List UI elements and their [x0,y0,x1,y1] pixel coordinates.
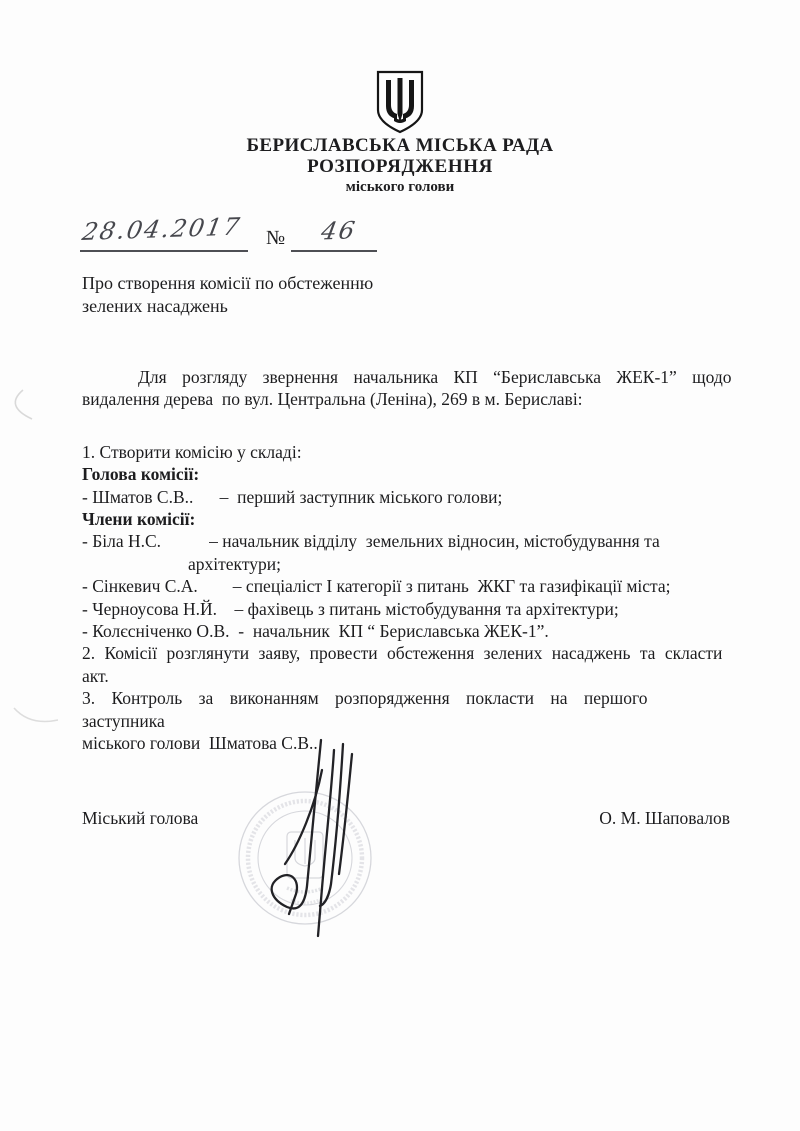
document-type-title: РОЗПОРЯДЖЕННЯ [0,156,800,178]
list-item: - Колєсніченко О.В. - начальник КП “ Бер… [82,620,738,642]
document-body: Для розгляду звернення начальника КП “Бе… [82,366,738,755]
document-header: БЕРИСЛАВСЬКА МІСЬКА РАДА РОЗПОРЯДЖЕННЯ м… [0,70,800,196]
list-item: - Сінкевич С.А. – спеціаліст І категорії… [82,575,738,597]
commission-list: 1. Створити комісію у складі: Голова ком… [82,441,738,755]
date-underline: 28.04.2017 [80,218,248,252]
list-item-continuation: архітектури; [188,553,738,575]
list-item-head: Члени комісії: [82,508,738,530]
number-underline: 46 [291,218,377,252]
subject-line-1: Про створення комісії по обстеженню [82,272,373,295]
signoff-row: Міський голова О. М. Шаповалов [82,808,730,829]
subject-line-2: зелених насаджень [82,295,373,318]
document-page: БЕРИСЛАВСЬКА МІСЬКА РАДА РОЗПОРЯДЖЕННЯ м… [0,0,800,1131]
number-sign: № [266,227,285,252]
document-issuer: міського голови [0,178,800,196]
list-item: - Біла Н.С. – начальник відділу земельни… [82,530,738,552]
list-item: 3. Контроль за виконанням розпорядження … [82,687,738,732]
date-number-line: 28.04.2017№46 [80,218,377,254]
ukraine-trident-coat-of-arms-icon [375,70,425,134]
list-item: - Шматов С.В.. – перший заступник місько… [82,486,738,508]
list-item: - Черноусова Н.Й. – фахівець з питань мі… [82,598,738,620]
signer-position: Міський голова [82,808,198,829]
intro-line-1: Для розгляду звернення начальника КП “Бе… [82,366,738,388]
handwritten-number: 46 [305,216,359,246]
handwritten-date: 28.04.2017 [80,213,243,246]
list-item: 1. Створити комісію у складі: [82,441,738,463]
list-item: 2. Комісії розглянути заяву, провести об… [82,642,738,664]
handwritten-signature-icon [225,736,385,941]
subject-block: Про створення комісії по обстеженню зеле… [82,272,373,318]
list-item-continuation: акт. [82,665,738,687]
list-item-head: Голова комісії: [82,463,738,485]
list-item-continuation: міського голови Шматова С.В.. [82,732,738,754]
signer-name: О. М. Шаповалов [599,808,730,829]
intro-line-2: видалення дерева по вул. Центральна (Лен… [82,388,738,410]
council-name: БЕРИСЛАВСЬКА МІСЬКА РАДА [0,135,800,156]
